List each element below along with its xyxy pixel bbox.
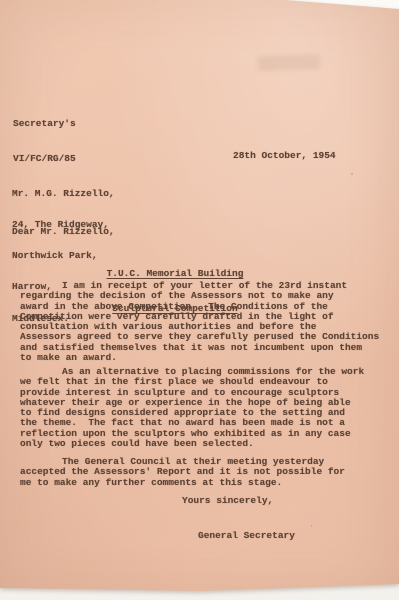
body-paragraph-1: I am in receipt of your letter of the 23… bbox=[20, 281, 388, 363]
reference-line-2: VI/FC/RG/85 bbox=[13, 153, 76, 165]
salutation: Dear Mr. Rizzello, bbox=[12, 227, 115, 237]
reference-line-1: Secretary's bbox=[13, 118, 76, 130]
scanned-letter-photo: Secretary's VI/FC/RG/85 28th October, 19… bbox=[0, 0, 399, 600]
body-paragraph-3: The General Council at their meeting yes… bbox=[20, 457, 388, 488]
paper-speck bbox=[351, 173, 353, 175]
body-paragraph-2: As an alternative to placing commissions… bbox=[20, 367, 388, 449]
recipient-name: Mr. M.G. Rizzello, bbox=[12, 189, 115, 199]
signature-title: General Secretary bbox=[198, 531, 295, 541]
paper-speck bbox=[311, 525, 312, 527]
faint-stamp-mark bbox=[258, 54, 320, 71]
subject-line-1: T.U.C. Memorial Building bbox=[0, 268, 350, 280]
paper-shadow-wrap: Secretary's VI/FC/RG/85 28th October, 19… bbox=[0, 0, 399, 600]
letter-date: 28th October, 1954 bbox=[233, 151, 336, 161]
closing-valediction: Yours sincerely, bbox=[182, 496, 273, 506]
subject-line-1-text: T.U.C. Memorial Building bbox=[107, 268, 244, 279]
letter-paper: Secretary's VI/FC/RG/85 28th October, 19… bbox=[0, 0, 399, 600]
